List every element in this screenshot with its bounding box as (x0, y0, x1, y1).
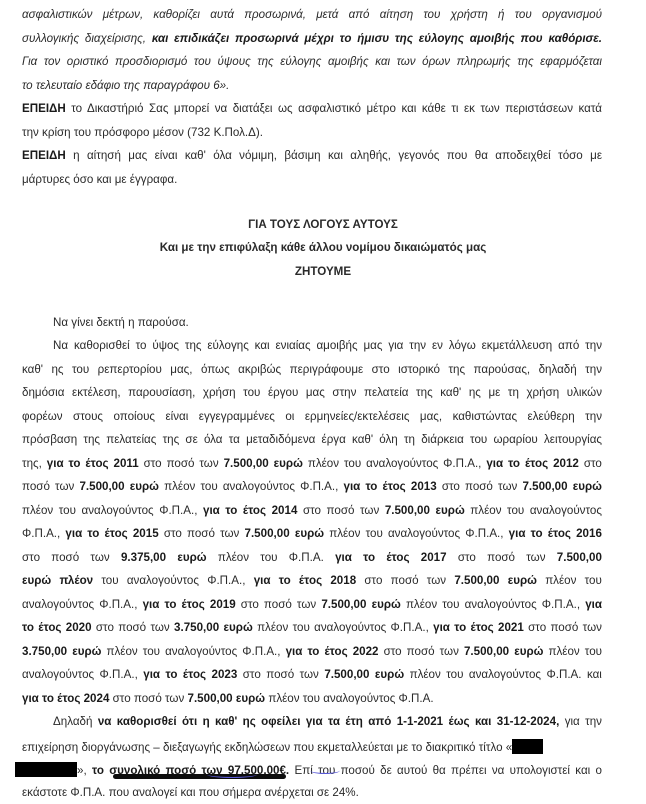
text: αναλογούντος Φ.Π.Α., (366, 457, 481, 470)
text: Δηλαδή (53, 715, 92, 728)
fee-amount: 7.500,00 ευρώ (324, 668, 404, 681)
intro-text: συλλογικής διαχείρισης, (22, 32, 146, 45)
epeidi-1-line-2: την κρίση του πρόσφορο μέσον (732 Κ.Πολ.… (22, 126, 602, 140)
text: αναλογούντος Φ.Π.Α., (223, 480, 339, 493)
fee-year-label: για το έτος 2014 (203, 504, 297, 517)
fee-year-label: για το έτος 2019 (143, 598, 236, 611)
text: πλέον του (107, 645, 160, 658)
text: αναλογούντος Φ.Π.Α., (314, 621, 429, 634)
text: πλέον του (22, 504, 76, 517)
text: αναλογούντος Φ.Π.Α., (82, 504, 198, 517)
summary-line-1: Δηλαδή να καθορισθεί ότι η καθ' ης οφείλ… (53, 715, 602, 729)
intro-line-4: το τελευταίο εδάφιο της παραγράφου 6». (22, 79, 602, 93)
heading-we-request: ΖΗΤΟΥΜΕ (0, 265, 646, 279)
fee-year-label: για το έτος 2018 (254, 574, 356, 587)
fee-line-5: στο ποσό των 9.375,00 ευρώ πλέον του Φ.Π… (22, 551, 602, 565)
text: », (77, 764, 87, 777)
request-2-line-4: φορέων στους οποίους είναι εγγεγραμμένες… (22, 410, 602, 424)
text: αναλογούντος Φ.Π.Α., (127, 574, 246, 587)
fee-year-label: για το έτος 2012 (486, 457, 579, 470)
pen-stroke-mark (310, 767, 340, 774)
fee-currency: ευρώ πλέον (22, 574, 93, 587)
epeidi-2-text: η αίτησή μας είναι καθ' όλα νόμιμη, βάσι… (73, 149, 602, 162)
summary-line-4: εκάστοτε Φ.Π.Α. που αναλογεί και που σήμ… (22, 786, 602, 800)
pen-underline-mark (113, 774, 286, 779)
text: πλέον του (329, 527, 383, 540)
fee-year-label: για το έτος 2017 (335, 551, 447, 564)
fee-amount: 7.500,00 ευρώ (454, 574, 537, 587)
fee-line-3: πλέον του αναλογούντος Φ.Π.Α., για το έτ… (22, 504, 602, 518)
heading-reservation: Και με την επιφύλαξη κάθε άλλου νομίμου … (0, 241, 646, 255)
fee-line-9: 3.750,00 ευρώ πλέον του αναλογούντος Φ.Π… (22, 645, 602, 659)
request-2-line-1: Να καθορισθεί το ύψος της εύλογης και εν… (53, 339, 602, 353)
text: αναλογούντος Φ.Π.Α., (388, 527, 504, 540)
text: Φ.Π.Α. (399, 692, 434, 705)
summary-line-2: επιχείρηση διοργάνωσης – διεξαγωγής εκδη… (22, 739, 542, 755)
text: πλέον του (308, 457, 361, 470)
fee-amount: 9.375,00 ευρώ (121, 551, 207, 564)
text: πλέον του (164, 480, 218, 493)
text: στο ποσό των (528, 621, 602, 634)
fee-amount: 7.500,00 (557, 551, 602, 564)
text: στο ποσό των (243, 668, 319, 681)
text: στο ποσό των (303, 504, 379, 517)
intro-bold: και επιδικάζει προσωρινά μέχρι το ήμισυ … (152, 32, 602, 45)
intro-line-1: ασφαλιστικών μέτρων, καθορίζει αυτά προσ… (22, 8, 602, 22)
document-page: ασφαλιστικών μέτρων, καθορίζει αυτά προσ… (0, 0, 646, 804)
fee-line-7: αναλογούντος Φ.Π.Α., για το έτος 2019 στ… (22, 598, 602, 612)
text: στο ποσό των (442, 480, 517, 493)
fee-line-6: ευρώ πλέον του αναλογούντος Φ.Π.Α., για … (22, 574, 602, 588)
text: στο ποσό των (241, 598, 316, 611)
text: αναλογούντος Φ.Π.Α., (22, 598, 137, 611)
text: πλέον του (545, 574, 602, 587)
text: αναλογούντος Φ.Π.Α., (465, 598, 580, 611)
epeidi-keyword: ΕΠΕΙΔΗ (22, 149, 66, 162)
fee-line-8: το έτος 2020 στο ποσό των 3.750,00 ευρώ … (22, 621, 602, 635)
text: πλέον του (406, 598, 460, 611)
fee-line-4: Φ.Π.Α., για το έτος 2015 στο ποσό των 7.… (22, 527, 602, 541)
text: Φ.Π.Α. (546, 668, 581, 681)
text: Φ.Π.Α., (22, 527, 60, 540)
summary-bold: να καθορισθεί ότι η καθ' ης οφείλει για … (98, 715, 559, 728)
heading-for-these-reasons: ΓΙΑ ΤΟΥΣ ΛΟΓΟΥΣ ΑΥΤΟΥΣ (0, 218, 646, 232)
fee-year-label: για το έτος 2016 (509, 527, 602, 540)
text: ποσό των (22, 480, 74, 493)
fee-year-label: το έτος 2020 (22, 621, 92, 634)
text: αναλογούντος (323, 692, 395, 705)
intro-line-2: συλλογικής διαχείρισης, και επιδικάζει π… (22, 32, 602, 46)
fee-year-label: για το έτος 2021 (433, 621, 524, 634)
fee-line-2: ποσό των 7.500,00 ευρώ πλέον του αναλογο… (22, 480, 602, 494)
text: στο ποσό των (458, 551, 546, 564)
fee-year-label: για το έτος 2022 (286, 645, 379, 658)
epeidi-2-line-1: ΕΠΕΙΔΗ η αίτησή μας είναι καθ' όλα νόμιμ… (22, 149, 602, 163)
fee-amount: 7.500,00 ευρώ (321, 598, 400, 611)
text: στο ποσό των (113, 692, 185, 705)
request-2-line-3: δημόσια εκτέλεση, παρουσίαση, χρήση του … (22, 386, 602, 400)
text: και (587, 668, 602, 681)
fee-year-label: για το έτος 2011 (47, 457, 139, 470)
fee-amount: 3.750,00 ευρώ (22, 645, 101, 658)
request-accept: Να γίνει δεκτή η παρούσα. (53, 316, 602, 330)
redaction-block (15, 762, 77, 777)
text: πλέον του (268, 692, 320, 705)
fee-amount: 7.500,00 ευρώ (245, 527, 325, 540)
fee-amount: 7.500,00 ευρώ (385, 504, 465, 517)
text: επιχείρηση διοργάνωσης – διεξαγωγής εκδη… (22, 741, 512, 754)
text: αναλογούντος (530, 504, 602, 517)
text: στο ποσό των (164, 527, 240, 540)
text: πλέον του (549, 645, 602, 658)
text: πλέον του (470, 504, 524, 517)
text: της, (22, 457, 42, 470)
text: στο ποσό των (384, 645, 459, 658)
fee-amount: 7.500,00 ευρώ (522, 480, 602, 493)
text: Επί του ποσού δε αυτού θα πρέπει να υπολ… (294, 764, 602, 777)
text: για την (565, 715, 602, 728)
fee-year-label: για το έτος 2023 (143, 668, 237, 681)
text: Φ.Π.Α. (289, 551, 324, 564)
text: στο ποσό των (22, 551, 110, 564)
epeidi-2-line-2: μάρτυρες όσο και με έγγραφα. (22, 173, 602, 187)
fee-amount: 7.500,00 ευρώ (464, 645, 543, 658)
epeidi-keyword: ΕΠΕΙΔΗ (22, 102, 66, 115)
text: αναλογούντος (469, 668, 541, 681)
fee-amount: 7.500,00 ευρώ (224, 457, 303, 470)
fee-year-label: για (585, 598, 602, 611)
fee-line-11: για το έτος 2024 στο ποσό των 7.500,00 ε… (22, 692, 602, 706)
fee-year-label: για το έτος 2015 (65, 527, 158, 540)
text: στο ποσό των (144, 457, 219, 470)
fee-amount: 3.750,00 ευρώ (174, 621, 253, 634)
text: αναλογούντος Φ.Π.Α., (165, 645, 280, 658)
summary-line-3: », το συνολικό ποσό των 97.500,00€. Επί … (15, 762, 602, 778)
fee-line-1: της, για το έτος 2011 στο ποσό των 7.500… (22, 457, 602, 471)
text: πλέον του (218, 551, 278, 564)
fee-year-label: για το έτος 2024 (22, 692, 109, 705)
text: πλέον του (410, 668, 464, 681)
fee-line-10: αναλογούντος Φ.Π.Α., για το έτος 2023 στ… (22, 668, 602, 682)
epeidi-1-line-1: ΕΠΕΙΔΗ το Δικαστήριό Σας μπορεί να διατά… (22, 102, 602, 116)
epeidi-1-text: το Δικαστήριό Σας μπορεί να διατάξει ως … (71, 102, 602, 115)
redaction-block (512, 739, 543, 754)
text: αναλογούντος Φ.Π.Α., (22, 668, 138, 681)
pen-stroke-mark (207, 771, 257, 778)
request-2-line-2: καθ' ης του ρεπερτορίου μας, όπως ακριβώ… (22, 363, 602, 377)
text: πλέον του (257, 621, 310, 634)
fee-amount: 7.500,00 ευρώ (79, 480, 159, 493)
text: στο ποσό των (96, 621, 170, 634)
request-2-line-5: πρόσβαση της πελατείας της σε όλα τα μετ… (22, 433, 602, 447)
text: του (101, 574, 118, 587)
fee-year-label: για το έτος 2013 (344, 480, 437, 493)
text: στο ποσό των (364, 574, 446, 587)
fee-amount: 7.500,00 ευρώ (188, 692, 266, 705)
intro-line-3: Για τον οριστικό προσδιορισμό του ύψους … (22, 55, 602, 69)
text: στο (584, 457, 602, 470)
